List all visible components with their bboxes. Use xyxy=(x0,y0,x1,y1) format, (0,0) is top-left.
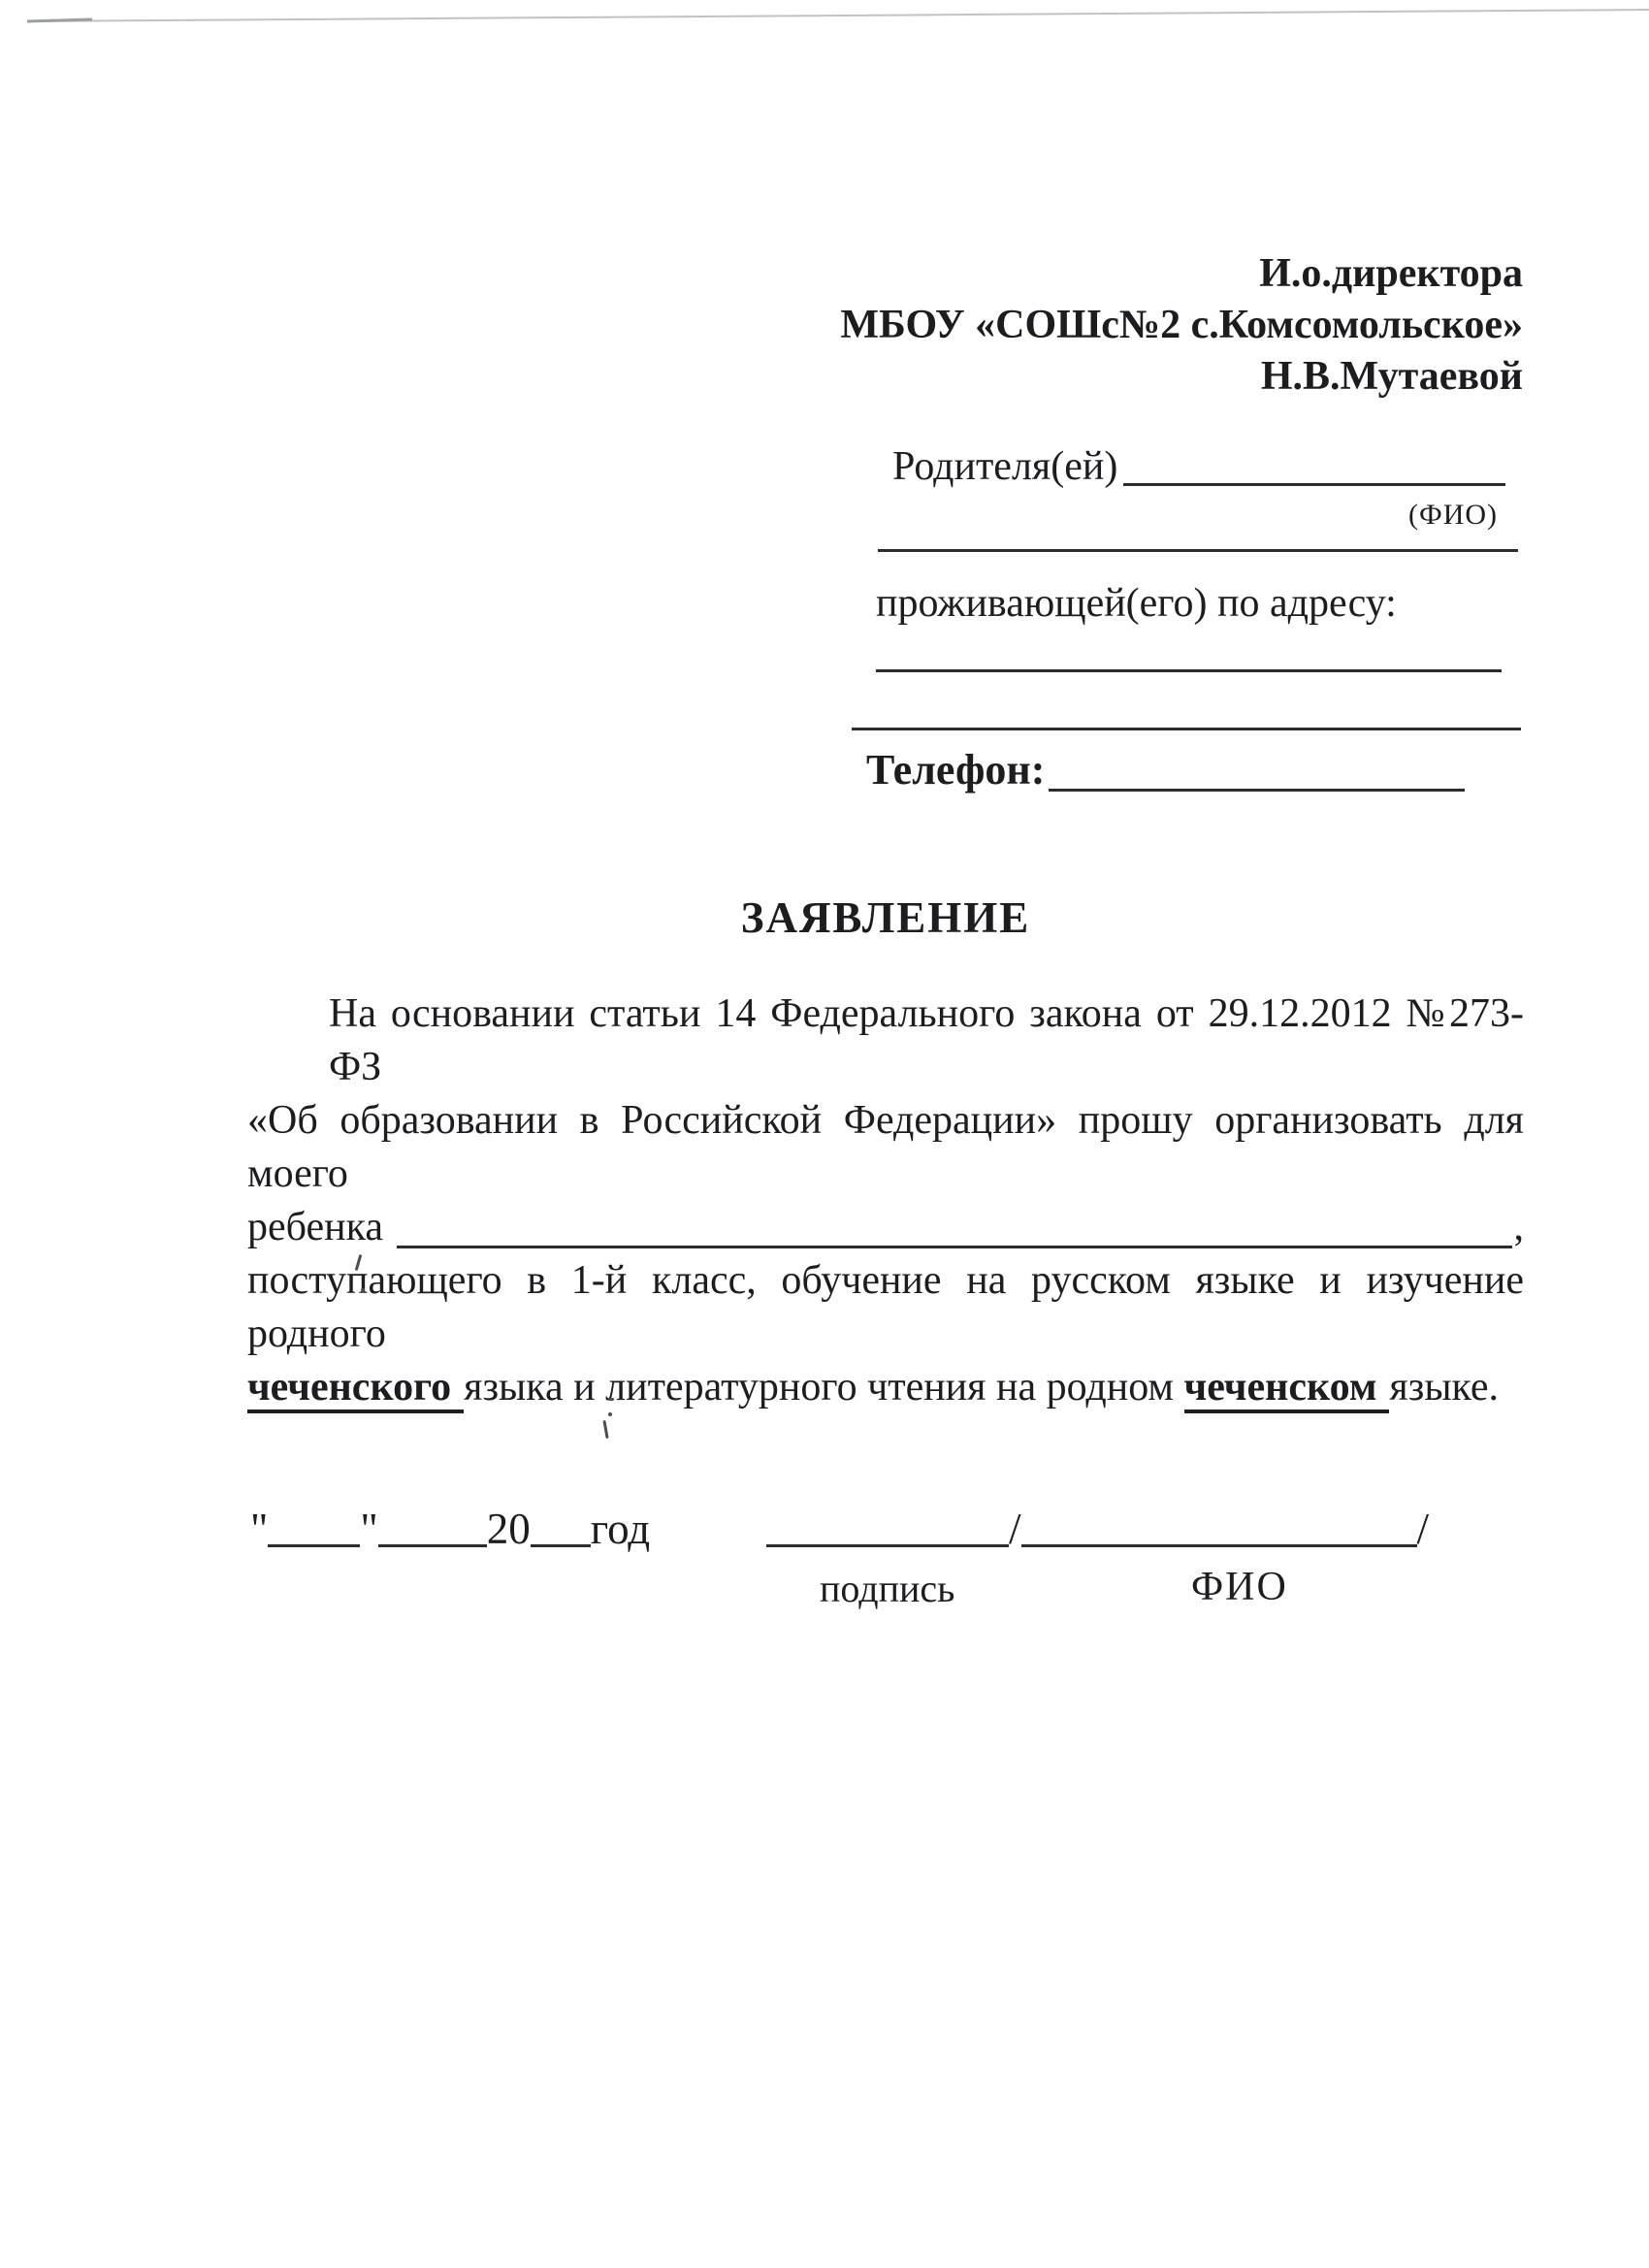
address-blank-line-2 xyxy=(852,728,1521,730)
scanned-application-document: И.о.директора МБОУ «СОШс№2 с.Комсомольск… xyxy=(0,0,1649,2268)
phone-label: Телефон: xyxy=(866,745,1045,795)
body-line-2: «Об образовании в Российской Федерации» … xyxy=(247,1094,1524,1201)
body-line-1: На основании статьи 14 Федерального зако… xyxy=(247,988,1524,1094)
native-language-word-1: чеченского xyxy=(247,1365,464,1413)
school-name-line: МБОУ «СОШс№2 с.Комсомольское» xyxy=(840,300,1523,351)
month-blank xyxy=(378,1544,487,1547)
signature-row: // xyxy=(766,1504,1429,1554)
year-word: год xyxy=(591,1505,650,1553)
date-row: ""20год xyxy=(250,1504,650,1554)
quote-open: " xyxy=(250,1505,268,1553)
body-paragraph: На основании статьи 14 Федерального зако… xyxy=(247,988,1524,1414)
body-line-3: ребенка, xyxy=(247,1201,1524,1254)
fio-blank xyxy=(1021,1544,1417,1547)
address-blank-line-1 xyxy=(876,669,1502,672)
year-prefix: 20 xyxy=(487,1505,531,1553)
parent-field-row: Родителя(ей) xyxy=(892,442,1505,491)
fio-under-line-caption: ФИО xyxy=(1191,1564,1288,1610)
parent-name-blank xyxy=(1123,442,1505,486)
quote-close: " xyxy=(360,1505,377,1553)
director-title-line: И.о.директора xyxy=(840,248,1523,300)
application-title: ЗАЯВЛЕНИЕ xyxy=(247,892,1524,943)
phone-field-row: Телефон: xyxy=(866,745,1465,795)
signature-blank xyxy=(766,1544,1009,1547)
parent-label: Родителя(ей) xyxy=(892,442,1117,491)
day-blank xyxy=(268,1544,360,1547)
body-line-5-middle: языка и литературного чтения на родном xyxy=(464,1365,1183,1409)
fio-caption: (ФИО) xyxy=(1408,499,1498,532)
year-blank xyxy=(531,1544,591,1547)
scan-line-artifact xyxy=(0,0,1649,33)
slash-2: / xyxy=(1417,1505,1430,1553)
signature-caption: подпись xyxy=(820,1566,954,1611)
phone-blank xyxy=(1049,745,1465,792)
address-label: проживающей(его) по адресу: xyxy=(876,580,1397,627)
director-name-line: Н.В.Мутаевой xyxy=(840,351,1523,403)
addressee-header: И.о.директора МБОУ «СОШс№2 с.Комсомольск… xyxy=(840,248,1523,403)
child-word: ребенка xyxy=(247,1201,383,1254)
body-line-5-end: языке. xyxy=(1389,1365,1499,1409)
comma: , xyxy=(1514,1201,1525,1254)
parent-name-blank-line-2 xyxy=(878,549,1518,552)
slash-1: / xyxy=(1009,1505,1021,1553)
body-line-5: чеченскогоязыка и литературного чтения н… xyxy=(247,1361,1524,1414)
child-name-blank xyxy=(397,1201,1512,1248)
body-line-4: поступающего в 1-й класс, обучение на ру… xyxy=(247,1254,1524,1361)
native-language-word-2: чеченском xyxy=(1184,1365,1390,1413)
